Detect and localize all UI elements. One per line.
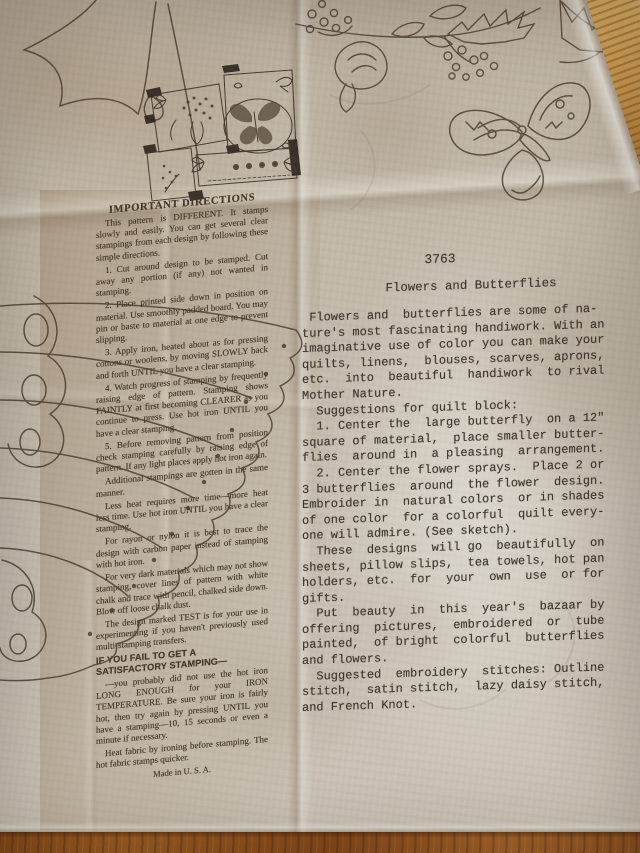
description-column: 3763 Flowers and Butterflies Flowers and… xyxy=(302,246,624,717)
photo-of-pattern-sheet: IMPORTANT DIRECTIONS This pattern is DIF… xyxy=(0,0,640,853)
description-body-text: Flowers and butterflies are some of na- … xyxy=(302,301,624,717)
pattern-sheet-paper: IMPORTANT DIRECTIONS This pattern is DIF… xyxy=(0,0,640,832)
directions-column: IMPORTANT DIRECTIONS This pattern is DIF… xyxy=(96,191,268,787)
pattern-title: Flowers and Butterflies xyxy=(302,274,624,298)
top-left-butterfly-wing-drawing xyxy=(24,0,200,170)
right-butterfly-outline-drawing xyxy=(450,83,590,200)
directions-paragraph: —you probably did not use the hot iron L… xyxy=(96,665,268,747)
stamped-samples-sketch xyxy=(143,64,301,201)
